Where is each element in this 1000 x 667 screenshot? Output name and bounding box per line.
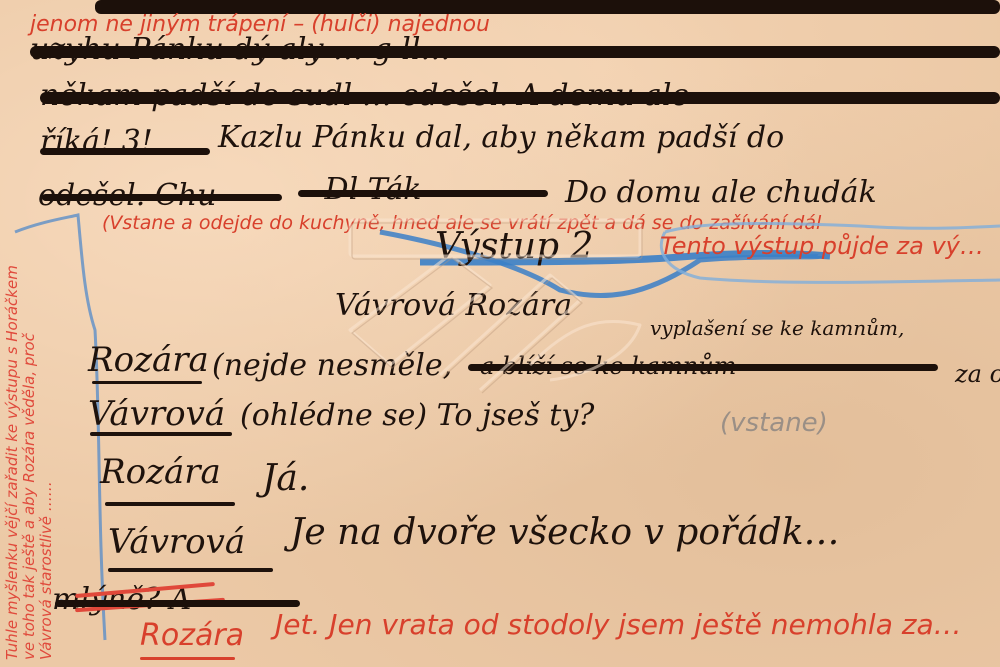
margin-note-line: Vávrová starostlivě ……	[38, 265, 55, 660]
red-speaker-rozara: Rozára	[140, 618, 244, 653]
speaker-vavrova: Vávrová	[108, 522, 245, 562]
dialogue-text: Je na dvoře všecko v pořádk…	[290, 512, 840, 553]
speaker-vavrova: Vávrová	[88, 394, 225, 434]
pencil-stage-direction: (vstane)	[720, 408, 828, 438]
insertion-note: vyplašení se ke kamnům,	[650, 316, 904, 340]
speaker-underline	[90, 432, 232, 436]
dialogue-text: (ohlédne se) To jseš ty?	[240, 398, 594, 433]
red-dialogue-text: Jet. Jen vrata od stodoly jsem ještě nem…	[275, 608, 962, 641]
red-scene-note: Tento výstup půjde za vý…	[660, 232, 984, 260]
dialogue-tail: za op…	[955, 360, 1000, 388]
margin-note-line: ve toho tak ještě a aby Rozára věděla, p…	[21, 265, 38, 660]
strikethrough	[468, 364, 938, 371]
manuscript-page: jenom ne jiným trápení – (hulči) najedno…	[0, 0, 1000, 667]
speaker-underline	[140, 657, 235, 660]
speaker-underline	[105, 502, 235, 506]
margin-note-vertical: Tuhle myšlenku vějčí zařadit ke výstupu …	[4, 265, 55, 660]
speaker-rozara: Rozára	[100, 452, 221, 492]
scene-title: Výstup 2	[435, 226, 593, 267]
scene-characters: Vávrová Rozára	[335, 288, 572, 323]
strikethrough	[55, 600, 300, 607]
margin-note-line: Tuhle myšlenku vějčí zařadit ke výstupu …	[4, 265, 21, 660]
dialogue-text: Já.	[262, 458, 309, 499]
speaker-underline	[108, 568, 273, 572]
dialogue-text: (nejde nesměle,	[212, 348, 452, 383]
speaker-underline	[92, 381, 202, 384]
speaker-rozara: Rozára	[88, 340, 209, 380]
